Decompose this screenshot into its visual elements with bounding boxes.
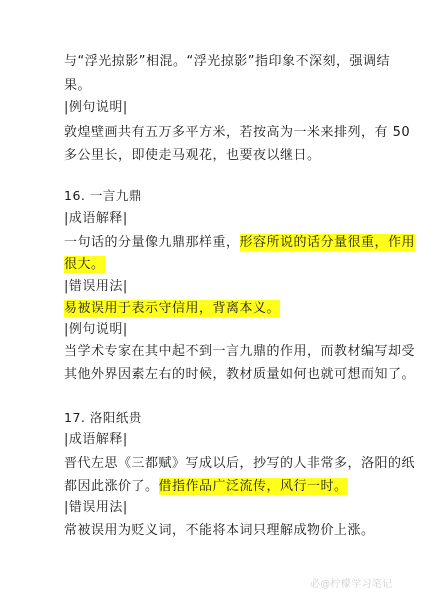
idiom-heading: 17. 洛阳纸贵 xyxy=(64,409,142,427)
section-label-misuse: |错误用法| xyxy=(64,499,128,517)
paragraph-line: 与“浮光掠影”相混。“浮光掠影”指印象不深刻，强调结 xyxy=(64,53,390,71)
paragraph-line: 都因此涨价了。借指作品广泛流传，风行一时。 xyxy=(64,478,348,496)
paragraph-line: 常被误用为贬义词，不能将本词只理解成物价上涨。 xyxy=(64,522,375,540)
highlighted-text: 形容所说的话分量很重，作用 xyxy=(240,234,416,251)
paragraph-line: 易被误用于表示守信用，背离本义。 xyxy=(64,300,280,318)
plain-text: 一句话的分量像九鼎那样重， xyxy=(64,235,240,250)
highlighted-text: 很大。 xyxy=(64,256,105,273)
highlighted-text: 易被误用于表示守信用，背离本义。 xyxy=(64,300,280,317)
paragraph-line: 一句话的分量像九鼎那样重，形容所说的话分量很重，作用 xyxy=(64,234,415,252)
paragraph-line: 敦煌壁画共有五万多平方米，若按高为一米来排列，有 50 xyxy=(64,124,410,142)
paragraph-line: 多公里长，即使走马观花，也要夜以继日。 xyxy=(64,147,321,165)
section-label-misuse: |错误用法| xyxy=(64,278,128,296)
paragraph-line: 很大。 xyxy=(64,256,105,274)
document-page: 与“浮光掠影”相混。“浮光掠影”指印象不深刻，强调结 果。 |例句说明| 敦煌壁… xyxy=(0,0,424,600)
paragraph-line: 果。 xyxy=(64,77,91,95)
watermark: 必@柠檬学习笔记 xyxy=(310,575,392,590)
paragraph-line: 晋代左思《三都赋》写成以后，抄写的人非常多，洛阳的纸 xyxy=(64,455,415,473)
plain-text: 都因此涨价了。 xyxy=(64,479,159,494)
section-label-explanation: |成语解释| xyxy=(64,431,128,449)
paragraph-line: 其他外界因素左右的时候，教材质量如何也就可想而知了。 xyxy=(64,366,415,384)
section-label-explanation: |成语解释| xyxy=(64,210,128,228)
section-label-example: |例句说明| xyxy=(64,321,128,339)
paragraph-line: 当学术专家在其中起不到一言九鼎的作用，而教材编写却受 xyxy=(64,343,415,361)
highlighted-text: 借指作品广泛流传，风行一时。 xyxy=(159,478,348,495)
section-label-example: |例句说明| xyxy=(64,99,128,117)
idiom-heading: 16. 一言九鼎 xyxy=(64,187,142,205)
